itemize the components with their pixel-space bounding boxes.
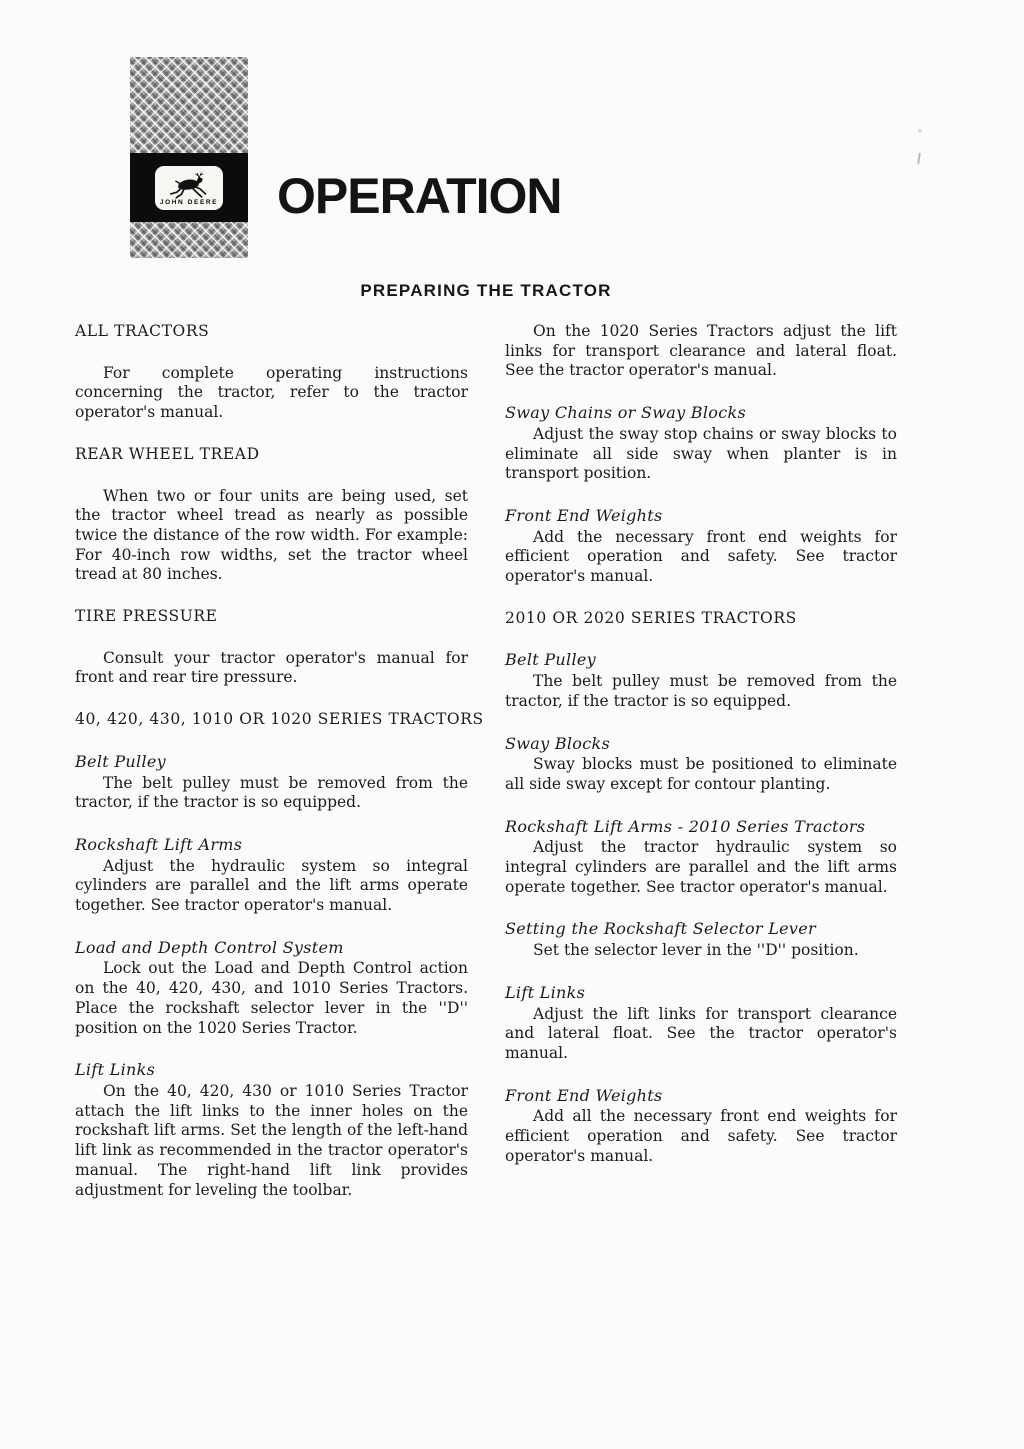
document-subheading: Rockshaft Lift Arms - 2010 Series Tracto… xyxy=(505,817,897,837)
document-paragraph: Add all the necessary front end weights … xyxy=(505,1107,897,1166)
document-subheading: Belt Pulley xyxy=(505,650,897,670)
john-deere-wordmark: JOHN DEERE xyxy=(160,199,218,206)
document-heading: 40, 420, 430, 1010 OR 1020 SERIES TRACTO… xyxy=(75,710,468,730)
document-paragraph: The belt pulley must be removed from the… xyxy=(75,774,468,813)
john-deere-logo: JOHN DEERE xyxy=(130,153,248,222)
document-paragraph: Lock out the Load and Depth Control acti… xyxy=(75,959,468,1038)
document-paragraph: Sway blocks must be positioned to elimin… xyxy=(505,755,897,794)
document-paragraph: On the 40, 420, 430 or 1010 Series Tract… xyxy=(75,1082,468,1200)
document-subheading: Sway Chains or Sway Blocks xyxy=(505,403,897,423)
page-title: OPERATION xyxy=(277,170,562,222)
document-paragraph: Adjust the lift links for transport clea… xyxy=(505,1005,897,1064)
john-deere-logo-plate: JOHN DEERE xyxy=(155,166,223,210)
document-paragraph: Consult your tractor operator's manual f… xyxy=(75,649,468,688)
document-paragraph: When two or four units are being used, s… xyxy=(75,487,468,586)
document-heading: TIRE PRESSURE xyxy=(75,607,468,627)
document-subheading: Lift Links xyxy=(75,1060,468,1080)
document-subheading: Setting the Rockshaft Selector Lever xyxy=(505,919,897,939)
document-paragraph: Adjust the sway stop chains or sway bloc… xyxy=(505,425,897,484)
header-texture-band: JOHN DEERE xyxy=(130,57,248,258)
document-paragraph: The belt pulley must be removed from the… xyxy=(505,672,897,711)
document-heading: REAR WHEEL TREAD xyxy=(75,445,468,465)
document-subheading: Lift Links xyxy=(505,983,897,1003)
document-heading: 2010 OR 2020 SERIES TRACTORS xyxy=(505,609,897,629)
document-subheading: Load and Depth Control System xyxy=(75,938,468,958)
document-paragraph: Adjust the hydraulic system so integral … xyxy=(75,857,468,916)
manual-page: JOHN DEERE OPERATION PREPARING THE TRACT… xyxy=(0,0,1024,1449)
scan-artifact xyxy=(917,153,922,164)
left-column: ALL TRACTORSFor complete operating instr… xyxy=(75,322,468,1200)
document-heading: ALL TRACTORS xyxy=(75,322,468,342)
document-subheading: Front End Weights xyxy=(505,506,897,526)
document-paragraph: Set the selector lever in the ''D'' posi… xyxy=(505,941,897,961)
document-paragraph: For complete operating instructions conc… xyxy=(75,364,468,423)
document-subheading: Rockshaft Lift Arms xyxy=(75,835,468,855)
right-column: On the 1020 Series Tractors adjust the l… xyxy=(505,322,897,1167)
document-paragraph: On the 1020 Series Tractors adjust the l… xyxy=(505,322,897,381)
leaping-deer-icon xyxy=(166,172,212,199)
document-paragraph: Adjust the tractor hydraulic system so i… xyxy=(505,838,897,897)
document-paragraph: Add the necessary front end weights for … xyxy=(505,528,897,587)
section-heading: PREPARING THE TRACTOR xyxy=(75,281,897,301)
document-subheading: Front End Weights xyxy=(505,1086,897,1106)
document-subheading: Belt Pulley xyxy=(75,752,468,772)
document-subheading: Sway Blocks xyxy=(505,734,897,754)
